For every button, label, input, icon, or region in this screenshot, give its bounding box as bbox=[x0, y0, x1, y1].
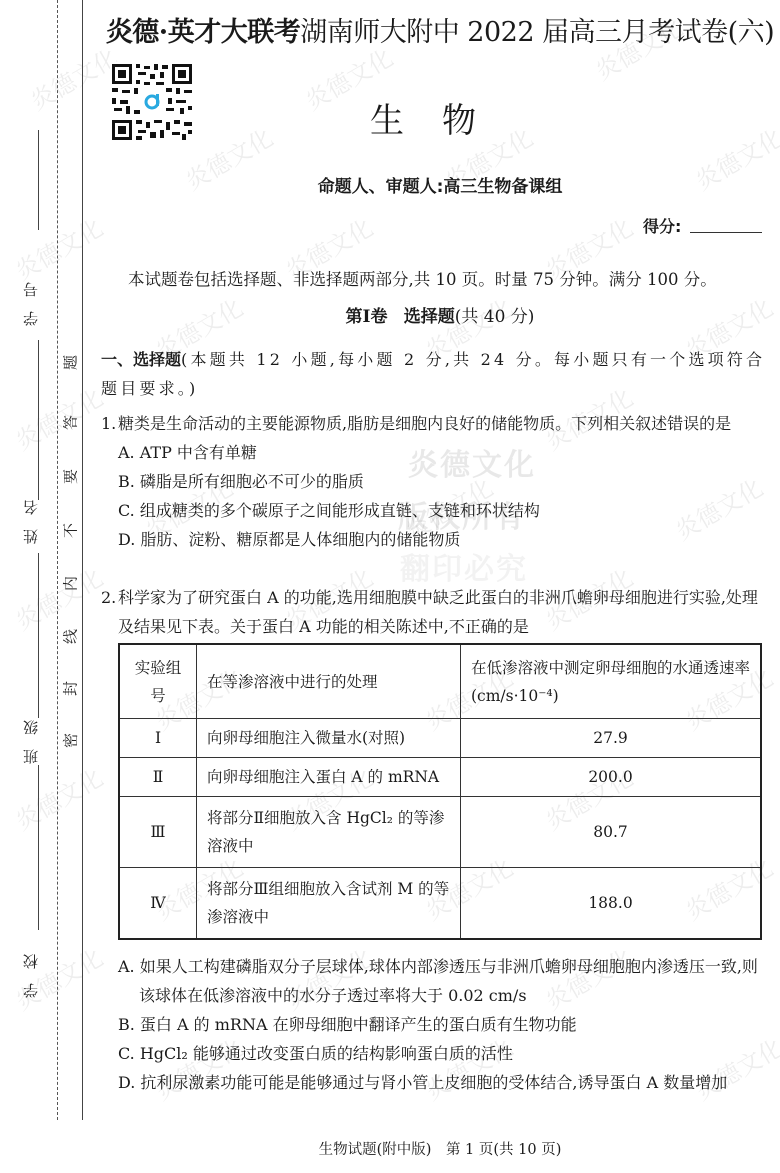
option-c[interactable]: C. HgCl₂ 能够通过改变蛋白质的结构影响蛋白质的活性 bbox=[101, 1039, 766, 1068]
question-stem: 2. 科学家为了研究蛋白 A 的功能,选用细胞膜中缺乏此蛋白的非洲爪蟾卵母细胞进… bbox=[101, 583, 766, 641]
page-footer: 生物试题(附中版) 第 1 页(共 10 页) bbox=[100, 1138, 780, 1159]
table-row: Ⅰ 向卵母细胞注入微量水(对照) 27.9 bbox=[119, 719, 761, 758]
question-2-options: A. 如果人工构建磷脂双分子层球体,球体内部渗透压与非洲爪蟾卵母细胞胞内渗透压一… bbox=[101, 952, 766, 1097]
student-id-line bbox=[38, 130, 39, 230]
option-a[interactable]: A. ATP 中含有单糖 bbox=[101, 438, 766, 467]
watermark: 炎德文化 bbox=[8, 758, 109, 836]
score-field[interactable] bbox=[690, 232, 762, 233]
exam-intro: 本试题卷包括选择题、非选择题两部分,共 10 页。时量 75 分钟。满分 100… bbox=[128, 266, 717, 290]
option-c[interactable]: C. 组成糖类的多个碳原子之间能形成直链、支链和环状结构 bbox=[101, 496, 766, 525]
cell-treatment: 向卵母细胞注入蛋白 A 的 mRNA bbox=[197, 758, 461, 797]
cell-group: Ⅳ bbox=[119, 868, 197, 940]
seal-char: 要 bbox=[60, 467, 81, 487]
question-number: 1. bbox=[101, 409, 116, 438]
option-b[interactable]: B. 蛋白 A 的 mRNA 在卵母细胞中翻译产生的蛋白质有生物功能 bbox=[101, 1010, 766, 1039]
cell-group: Ⅲ bbox=[119, 797, 197, 868]
seal-char: 线 bbox=[60, 627, 81, 647]
exam-title: 炎德·英才大联考湖南师大附中 2022 届高三月考试卷(六) bbox=[100, 10, 780, 49]
part-prefix: 第Ⅰ卷 bbox=[346, 307, 388, 327]
question-number: 2. bbox=[101, 583, 116, 612]
question-2: 2. 科学家为了研究蛋白 A 的功能,选用细胞膜中缺乏此蛋白的非洲爪蟾卵母细胞进… bbox=[101, 583, 766, 641]
watermark: 炎德文化 bbox=[8, 558, 109, 636]
watermark: 炎德文化 bbox=[8, 378, 109, 456]
table-header-row: 实验组号 在等渗溶液中进行的处理 在低渗溶液中测定卵母细胞的水通透速率(cm/s… bbox=[119, 644, 761, 719]
seal-char: 答 bbox=[60, 413, 81, 433]
cut-line-dotted bbox=[57, 0, 58, 1120]
header-treatment: 在等渗溶液中进行的处理 bbox=[197, 644, 461, 719]
watermark: 炎德文化 bbox=[23, 38, 124, 116]
question-stem: 1. 糖类是生命活动的主要能源物质,脂肪是细胞内良好的储能物质。下列相关叙述错误… bbox=[101, 409, 766, 438]
experiment-table: 实验组号 在等渗溶液中进行的处理 在低渗溶液中测定卵母细胞的水通透速率(cm/s… bbox=[118, 643, 762, 940]
option-d[interactable]: D. 抗利尿激素功能可能是能够通过与肾小管上皮细胞的受体结合,诱导蛋白 A 数量… bbox=[101, 1068, 766, 1097]
cell-treatment: 向卵母细胞注入微量水(对照) bbox=[197, 719, 461, 758]
option-d[interactable]: D. 脂肪、淀粉、糖原都是人体细胞内的储能物质 bbox=[101, 525, 766, 554]
header-rate: 在低渗溶液中测定卵母细胞的水通透速率(cm/s·10⁻⁴) bbox=[461, 644, 762, 719]
seal-char: 封 bbox=[60, 679, 81, 699]
table-row: Ⅲ 将部分Ⅱ细胞放入含 HgCl₂ 的等渗溶液中 80.7 bbox=[119, 797, 761, 868]
binding-line bbox=[82, 0, 83, 1120]
name-field[interactable] bbox=[38, 553, 39, 718]
name-label: 姓名 bbox=[20, 486, 41, 544]
exam-title-text: 湖南师大附中 2022 届高三月考试卷(六) bbox=[300, 17, 774, 48]
cell-rate: 188.0 bbox=[461, 868, 762, 940]
part-name: 选择题 bbox=[404, 307, 455, 327]
header-group: 实验组号 bbox=[119, 644, 197, 719]
cell-rate: 27.9 bbox=[461, 719, 762, 758]
cell-treatment: 将部分Ⅱ细胞放入含 HgCl₂ 的等渗溶液中 bbox=[197, 797, 461, 868]
cell-group: Ⅰ bbox=[119, 719, 197, 758]
seal-char: 密 bbox=[60, 731, 81, 751]
part-title: 第Ⅰ卷 选择题(共 40 分) bbox=[100, 302, 780, 327]
seal-char: 不 bbox=[60, 521, 81, 541]
seal-char: 题 bbox=[60, 353, 81, 373]
subject-title: 生物 bbox=[370, 93, 514, 142]
section-heading: 一、选择题(本题共 12 小题,每小题 2 分,共 24 分。每小题只有一个选项… bbox=[101, 345, 766, 403]
score-label: 得分: bbox=[643, 214, 681, 237]
exam-brand: 炎德·英才大联考 bbox=[106, 17, 300, 48]
question-text: 糖类是生命活动的主要能源物质,脂肪是细胞内良好的储能物质。下列相关叙述错误的是 bbox=[118, 414, 731, 433]
section-title: 一、选择题 bbox=[101, 350, 181, 369]
option-b[interactable]: B. 磷脂是所有细胞必不可少的脂质 bbox=[101, 467, 766, 496]
part-points: (共 40 分) bbox=[455, 307, 535, 327]
class-label: 班级 bbox=[20, 706, 41, 764]
student-id-label: 学号 bbox=[20, 268, 41, 326]
school-label: 学校 bbox=[20, 940, 41, 998]
cell-group: Ⅱ bbox=[119, 758, 197, 797]
authors-line: 命题人、审题人:高三生物备课组 bbox=[100, 172, 780, 197]
question-1: 1. 糖类是生命活动的主要能源物质,脂肪是细胞内良好的储能物质。下列相关叙述错误… bbox=[101, 409, 766, 554]
section-note: (本题共 12 小题,每小题 2 分,共 24 分。每小题只有一个选项符合题目要… bbox=[101, 350, 765, 398]
question-text: 科学家为了研究蛋白 A 的功能,选用细胞膜中缺乏此蛋白的非洲爪蟾卵母细胞进行实验… bbox=[118, 588, 758, 636]
class-field[interactable] bbox=[38, 765, 39, 930]
option-a[interactable]: A. 如果人工构建磷脂双分子层球体,球体内部渗透压与非洲爪蟾卵母细胞胞内渗透压一… bbox=[101, 952, 766, 1010]
seal-char: 内 bbox=[60, 574, 81, 594]
cell-rate: 80.7 bbox=[461, 797, 762, 868]
table-row: Ⅳ 将部分Ⅲ组细胞放入含试剂 M 的等渗溶液中 188.0 bbox=[119, 868, 761, 940]
cell-rate: 200.0 bbox=[461, 758, 762, 797]
student-id-field[interactable] bbox=[38, 340, 39, 500]
table-row: Ⅱ 向卵母细胞注入蛋白 A 的 mRNA 200.0 bbox=[119, 758, 761, 797]
qr-code-icon[interactable] bbox=[110, 62, 194, 142]
cell-treatment: 将部分Ⅲ组细胞放入含试剂 M 的等渗溶液中 bbox=[197, 868, 461, 940]
